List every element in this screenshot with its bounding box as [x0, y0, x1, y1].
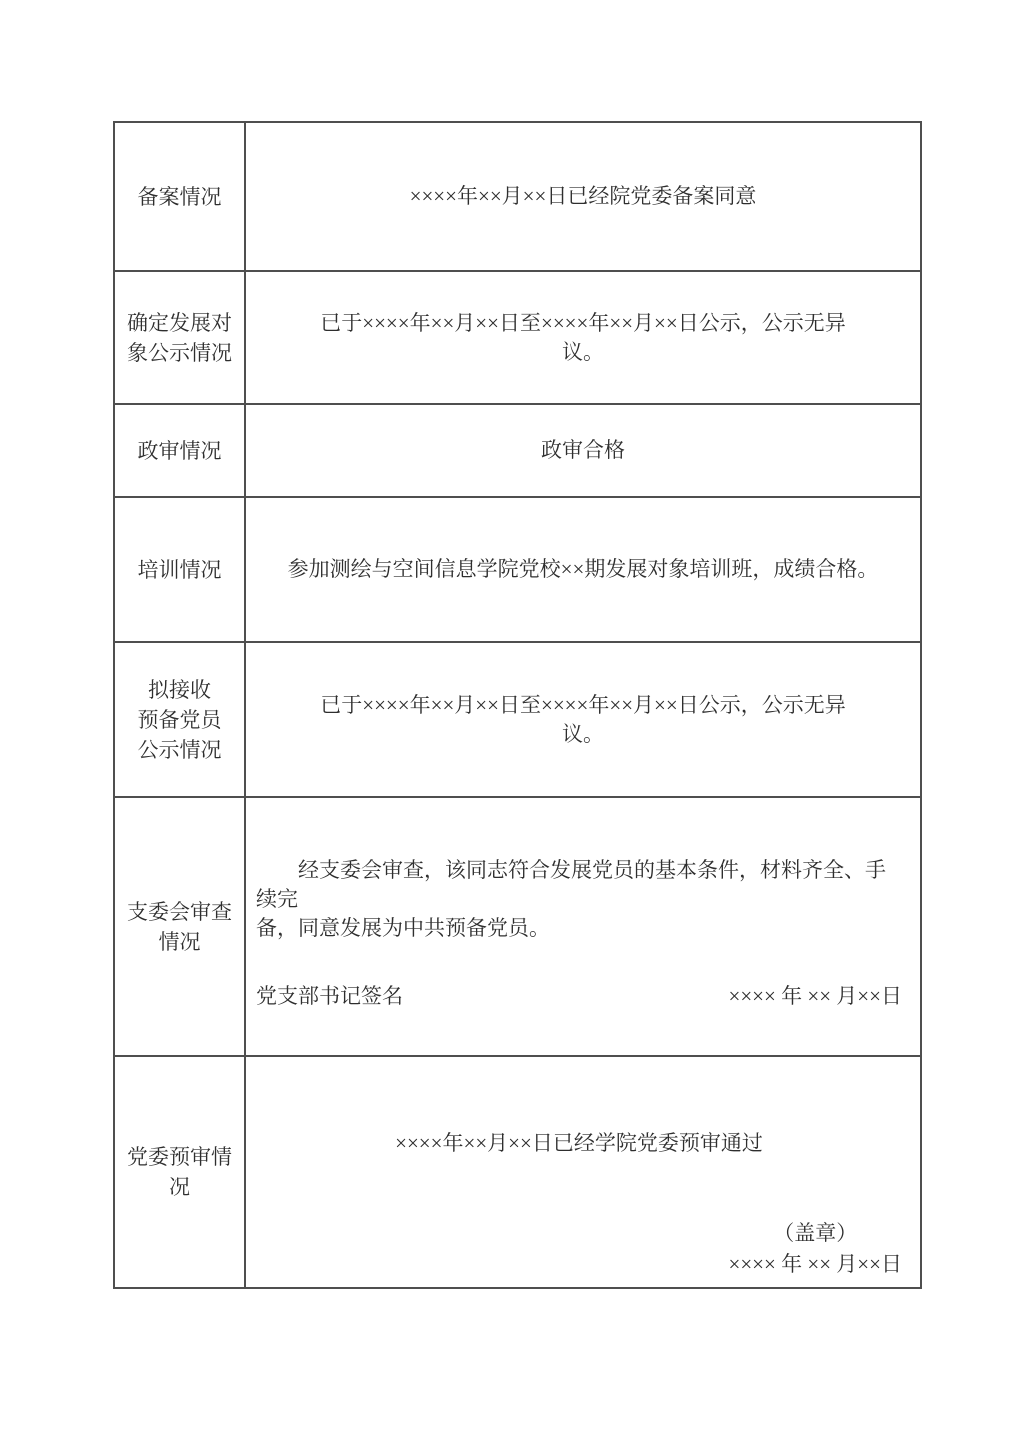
preapproval-result-line: ××××年××月××日已经学院党委预审通过	[256, 1129, 902, 1158]
branch-secretary-signature-label: 党支部书记签名	[256, 982, 403, 1011]
row-content-filing: ××××年××月××日已经院党委备案同意	[246, 123, 920, 270]
row-label-training: 培训情况	[115, 498, 246, 641]
table-row-training: 培训情况 参加测绘与空间信息学院党校××期发展对象培训班，成绩合格。	[115, 498, 920, 643]
row-content-probationary-publicity: 已于××××年××月××日至××××年××月××日公示，公示无异 议。	[246, 643, 920, 796]
review-paragraph: 经支委会审查，该同志符合发展党员的基本条件，材料齐全、手续完 备，同意发展为中共…	[256, 856, 902, 943]
table-row-political-review: 政审情况 政审合格	[115, 405, 920, 498]
party-member-development-table: 备案情况 ××××年××月××日已经院党委备案同意 确定发展对 象公示情况 已于…	[113, 121, 922, 1289]
table-row-committee-preapproval: 党委预审情 况 ××××年××月××日已经学院党委预审通过 （盖章） ×××× …	[115, 1057, 920, 1287]
row-label-filing: 备案情况	[115, 123, 246, 270]
row-label-committee-preapproval: 党委预审情 况	[115, 1057, 246, 1287]
stamp-placeholder-label: （盖章）	[729, 1219, 903, 1248]
branch-secretary-signature-date: ×××× 年 ×× 月××日	[729, 982, 903, 1011]
row-content-training: 参加测绘与空间信息学院党校××期发展对象培训班，成绩合格。	[246, 498, 920, 641]
table-row-branch-committee-review: 支委会审查 情况 经支委会审查，该同志符合发展党员的基本条件，材料齐全、手续完 …	[115, 798, 920, 1057]
row-content-political-review: 政审合格	[246, 405, 920, 496]
row-content-committee-preapproval: ××××年××月××日已经学院党委预审通过 （盖章） ×××× 年 ×× 月××…	[246, 1057, 920, 1287]
table-row-candidate-publicity: 确定发展对 象公示情况 已于××××年××月××日至××××年××月××日公示，…	[115, 272, 920, 405]
signature-row: 党支部书记签名 ×××× 年 ×× 月××日	[256, 982, 902, 1011]
table-row-filing: 备案情况 ××××年××月××日已经院党委备案同意	[115, 123, 920, 272]
table-row-probationary-publicity: 拟接收 预备党员 公示情况 已于××××年××月××日至××××年××月××日公…	[115, 643, 920, 798]
row-label-political-review: 政审情况	[115, 405, 246, 496]
row-content-branch-committee-review: 经支委会审查，该同志符合发展党员的基本条件，材料齐全、手续完 备，同意发展为中共…	[246, 798, 920, 1055]
row-label-candidate-publicity: 确定发展对 象公示情况	[115, 272, 246, 403]
stamp-block: （盖章） ×××× 年 ×× 月××日	[729, 1219, 903, 1279]
committee-preapproval-date: ×××× 年 ×× 月××日	[729, 1250, 903, 1279]
row-content-candidate-publicity: 已于××××年××月××日至××××年××月××日公示，公示无异 议。	[246, 272, 920, 403]
row-label-branch-committee-review: 支委会审查 情况	[115, 798, 246, 1055]
row-label-probationary-publicity: 拟接收 预备党员 公示情况	[115, 643, 246, 796]
